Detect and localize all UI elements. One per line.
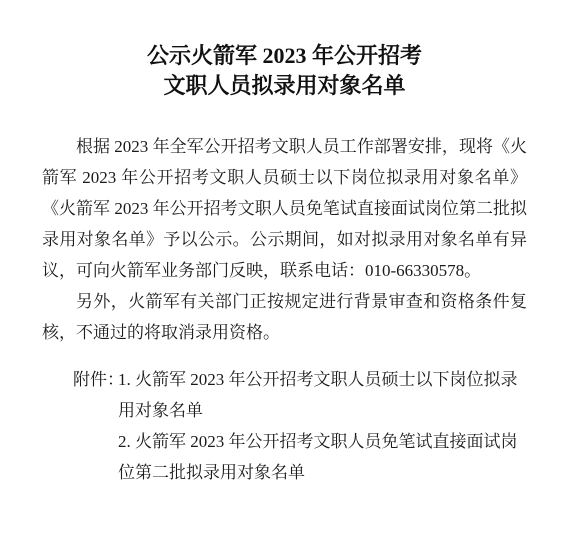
attachment-item-1: 1. 火箭军 2023 年公开招考文职人员硕士以下岗位拟录用对象名单 bbox=[118, 364, 527, 426]
document-title-line-1: 公示火箭军 2023 年公开招考 bbox=[42, 41, 527, 71]
document-page: 公示火箭军 2023 年公开招考 文职人员拟录用对象名单 根据 2023 年全军… bbox=[0, 0, 572, 539]
document-body: 根据 2023 年全军公开招考文职人员工作部署安排，现将《火箭军 2023 年公… bbox=[42, 131, 527, 488]
paragraph-review-note: 另外，火箭军有关部门正按规定进行背景审查和资格条件复核，不通过的将取消录用资格。 bbox=[42, 286, 527, 348]
document-title-line-2: 文职人员拟录用对象名单 bbox=[42, 71, 527, 101]
attachments-section: 附件： 1. 火箭军 2023 年公开招考文职人员硕士以下岗位拟录用对象名单 2… bbox=[42, 364, 527, 488]
document-title: 公示火箭军 2023 年公开招考 文职人员拟录用对象名单 bbox=[42, 41, 527, 101]
attachment-item-2: 2. 火箭军 2023 年公开招考文职人员免笔试直接面试岗位第二批拟录用对象名单 bbox=[118, 426, 527, 488]
attachments-label: 附件： bbox=[73, 364, 124, 395]
paragraph-announcement: 根据 2023 年全军公开招考文职人员工作部署安排，现将《火箭军 2023 年公… bbox=[42, 131, 527, 286]
